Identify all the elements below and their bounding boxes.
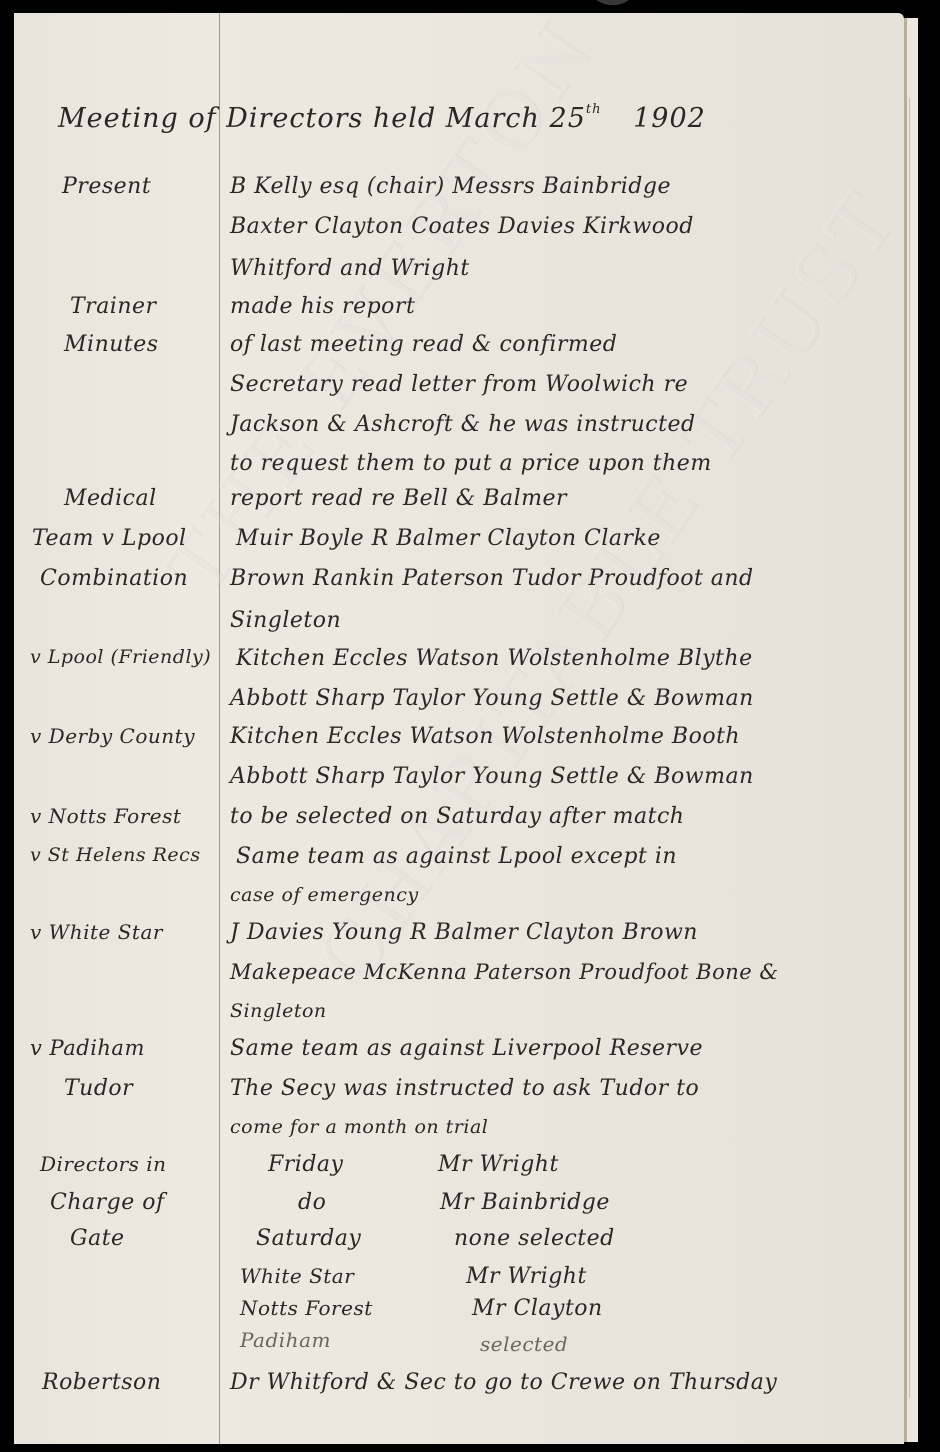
heading-v-derby-county: v Derby County	[30, 726, 195, 746]
entry-line: Same team as against Lpool except in	[236, 846, 677, 868]
entry-line: come for a month on trial	[230, 1118, 488, 1137]
title-text: Meeting of Directors held March 25	[58, 103, 586, 134]
entry-line: J Davies Young R Balmer Clayton Brown	[230, 922, 698, 944]
gate-match: Saturday	[256, 1228, 361, 1250]
gate-director: Mr Bainbridge	[440, 1192, 610, 1214]
gate-director: none selected	[454, 1228, 615, 1250]
book-binding-edge	[904, 18, 918, 1442]
title-superscript: th	[586, 102, 602, 117]
page-title: Meeting of Directors held March 25th 190…	[58, 103, 706, 132]
gate-director: selected	[480, 1334, 568, 1354]
heading-present: Present	[62, 176, 151, 198]
gate-director: Mr Wright	[466, 1266, 587, 1288]
gate-match: do	[298, 1192, 326, 1214]
entry-line: Abbott Sharp Taylor Young Settle & Bowma…	[230, 766, 754, 788]
entry-line: Jackson & Ashcroft & he was instructed	[230, 414, 696, 436]
heading-trainer: Trainer	[70, 296, 157, 318]
heading-directors-in: Directors in	[40, 1154, 167, 1174]
heading-v-padiham: v Padiham	[30, 1038, 145, 1059]
heading-tudor: Tudor	[64, 1078, 133, 1100]
gate-director: Mr Clayton	[472, 1298, 603, 1320]
heading-v-st-helens-recs: v St Helens Recs	[30, 846, 201, 865]
entry-line: Kitchen Eccles Watson Wolstenholme Blyth…	[236, 648, 753, 670]
heading-combination: Combination	[40, 568, 188, 590]
gate-match: Notts Forest	[240, 1298, 373, 1318]
heading-v-lpool-friendly: v Lpool (Friendly)	[30, 648, 211, 667]
entry-line: Singleton	[230, 610, 341, 632]
entry-line: Baxter Clayton Coates Davies Kirkwood	[230, 216, 694, 238]
heading-gate: Gate	[70, 1228, 125, 1250]
entry-line: Same team as against Liverpool Reserve	[230, 1038, 703, 1060]
heading-medical: Medical	[64, 488, 157, 510]
entry-line: Dr Whitford & Sec to go to Crewe on Thur…	[230, 1372, 777, 1394]
entry-line: Whitford and Wright	[230, 258, 470, 280]
entry-line: report read re Bell & Balmer	[230, 488, 567, 510]
gate-match: Padiham	[240, 1330, 331, 1350]
entry-line: to be selected on Saturday after match	[230, 806, 684, 828]
entry-line: Kitchen Eccles Watson Wolstenholme Booth	[230, 726, 740, 748]
entry-line: Muir Boyle R Balmer Clayton Clarke	[236, 528, 661, 550]
heading-v-notts-forest: v Notts Forest	[30, 806, 181, 826]
heading-v-white-star: v White Star	[30, 922, 163, 942]
gate-match: White Star	[240, 1266, 354, 1286]
entry-line: to request them to put a price upon them	[230, 453, 712, 475]
gate-match: Friday	[268, 1154, 343, 1176]
heading-charge-of: Charge of	[50, 1192, 165, 1214]
heading-minutes: Minutes	[64, 334, 159, 356]
margin-rule	[219, 13, 220, 1444]
entry-line: Abbott Sharp Taylor Young Settle & Bowma…	[230, 688, 754, 710]
heading-team-v-lpool: Team v Lpool	[32, 528, 187, 550]
entry-line: Singleton	[230, 1002, 327, 1021]
entry-line: case of emergency	[230, 886, 419, 905]
title-year: 1902	[633, 103, 706, 134]
entry-line: Makepeace McKenna Paterson Proudfoot Bon…	[230, 962, 779, 983]
entry-line: of last meeting read & confirmed	[230, 334, 617, 356]
entry-line: B Kelly esq (chair) Messrs Bainbridge	[230, 176, 671, 198]
gate-director: Mr Wright	[438, 1154, 559, 1176]
entry-line: made his report	[230, 296, 415, 318]
heading-robertson: Robertson	[42, 1372, 161, 1394]
entry-line: Brown Rankin Paterson Tudor Proudfoot an…	[230, 568, 754, 590]
entry-line: Secretary read letter from Woolwich re	[230, 374, 688, 396]
entry-line: The Secy was instructed to ask Tudor to	[230, 1078, 699, 1100]
